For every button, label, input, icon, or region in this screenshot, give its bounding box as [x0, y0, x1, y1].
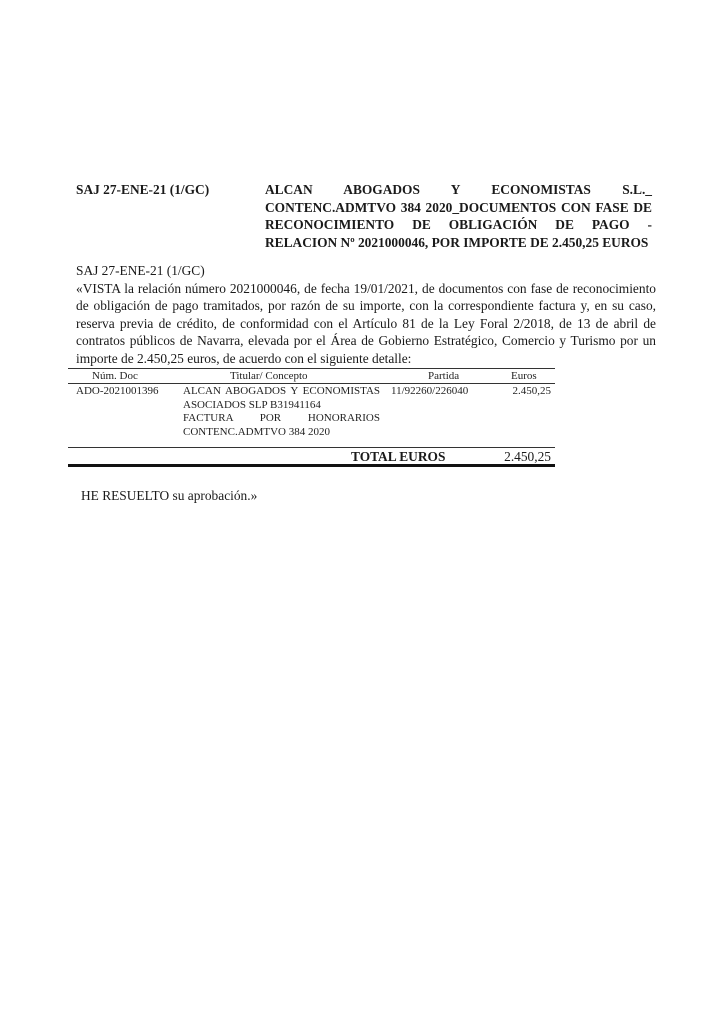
- concept-line: FACTURA POR HONORARIOS: [183, 412, 380, 426]
- paragraph-line: importe de 2.450,25 euros, de acuerdo co…: [76, 350, 656, 368]
- paragraph-line: reserva previa de crédito, de conformida…: [76, 315, 656, 333]
- header-concept: Titular/ Concepto: [230, 370, 308, 382]
- cell-partida: 11/92260/226040: [391, 385, 468, 399]
- document-page: SAJ 27-ENE-21 (1/GC) ALCAN ABOGADOS Y EC…: [0, 0, 724, 1024]
- total-value: 2.450,25: [504, 449, 551, 465]
- table-total-top-rule: [68, 447, 555, 448]
- resolution-text: HE RESUELTO su aprobación.»: [81, 488, 257, 504]
- cell-concept: ALCAN ABOGADOS Y ECONOMISTAS ASOCIADOS S…: [183, 385, 380, 439]
- heading-title-line: RELACION Nº 2021000046, POR IMPORTE DE 2…: [265, 234, 652, 252]
- table-top-rule: [68, 368, 555, 369]
- total-label: TOTAL EUROS: [351, 449, 445, 465]
- paragraph-line: contratos públicos de Navarra, elevada p…: [76, 332, 656, 350]
- heading-code: SAJ 27-ENE-21 (1/GC): [76, 181, 209, 199]
- heading-title-line: CONTENC.ADMTVO 384 2020_DOCUMENTOS CON F…: [265, 199, 652, 217]
- header-doc: Núm. Doc: [92, 370, 138, 382]
- paragraph-line: de obligación de pago tramitados, por ra…: [76, 297, 656, 315]
- cell-euros: 2.450,25: [513, 385, 552, 399]
- body-reference: SAJ 27-ENE-21 (1/GC): [76, 262, 656, 280]
- resolution-body: SAJ 27-ENE-21 (1/GC) «VISTA la relación …: [76, 262, 656, 368]
- body-paragraph: «VISTA la relación número 2021000046, de…: [76, 280, 656, 368]
- concept-line: CONTENC.ADMTVO 384 2020: [183, 426, 380, 440]
- paragraph-line: «VISTA la relación número 2021000046, de…: [76, 280, 656, 298]
- heading-title-line: ALCAN ABOGADOS Y ECONOMISTAS S.L._: [265, 181, 652, 199]
- header-euros: Euros: [511, 370, 537, 382]
- concept-line: ALCAN ABOGADOS Y ECONOMISTAS: [183, 385, 380, 399]
- concept-line: ASOCIADOS SLP B31941164: [183, 399, 380, 413]
- table-header-rule: [68, 383, 555, 384]
- heading-title-line: RECONOCIMIENTO DE OBLIGACIÓN DE PAGO -: [265, 216, 652, 234]
- table-bottom-rule: [68, 464, 555, 467]
- heading-title: ALCAN ABOGADOS Y ECONOMISTAS S.L._ CONTE…: [265, 181, 652, 251]
- header-partida: Partida: [428, 370, 459, 382]
- cell-doc: ADO-2021001396: [76, 385, 159, 399]
